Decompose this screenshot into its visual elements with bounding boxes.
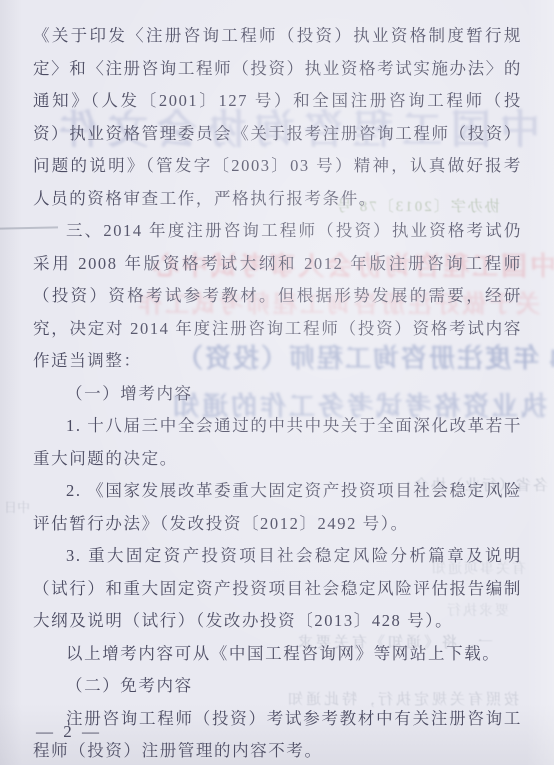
document-body: 《关于印发〈注册咨询工程师（投资）执业资格制度暂行规定〉和〈注册咨询工程师（投资… — [33, 20, 522, 765]
body-item-3: 3. 重大固定资产投资项目社会稳定风险分析篇章及说明（试行）和重大固定资产投资项… — [33, 540, 522, 638]
body-paragraph-section-3: 三、2014 年度注册咨询工程师（投资）执业资格考试仍采用 2008 年版资格考… — [33, 215, 522, 378]
body-heading-added-content: （一）增考内容 — [33, 378, 522, 411]
page-number: — 2 — — [36, 722, 102, 742]
body-exempt-paragraph: 注册咨询工程师（投资）考试参考教材中有关注册咨询工程师（投资）注册管理的内容不考… — [33, 703, 522, 765]
scanned-document-page: 中国工程咨询协会文件 协办字〔2013〕78 号 中国工程咨询协会人事考试中心 … — [0, 0, 554, 765]
body-item-1: 1. 十八届三中全会通过的中共中央关于全面深化改革若干重大问题的决定。 — [33, 410, 522, 475]
body-item-2: 2. 《国家发展改革委重大固定资产投资项目社会稳定风险评估暂行办法》（发改投资〔… — [33, 475, 522, 540]
body-download-note: 以上增考内容可从《中国工程咨询网》等网站上下载。 — [33, 638, 522, 671]
body-heading-exempt-content: （二）免考内容 — [33, 670, 522, 703]
bleedthrough-margin-mark: 中日 — [4, 497, 30, 516]
body-paragraph-continuation: 《关于印发〈注册咨询工程师（投资）执业资格制度暂行规定〉和〈注册咨询工程师（投资… — [33, 20, 522, 215]
